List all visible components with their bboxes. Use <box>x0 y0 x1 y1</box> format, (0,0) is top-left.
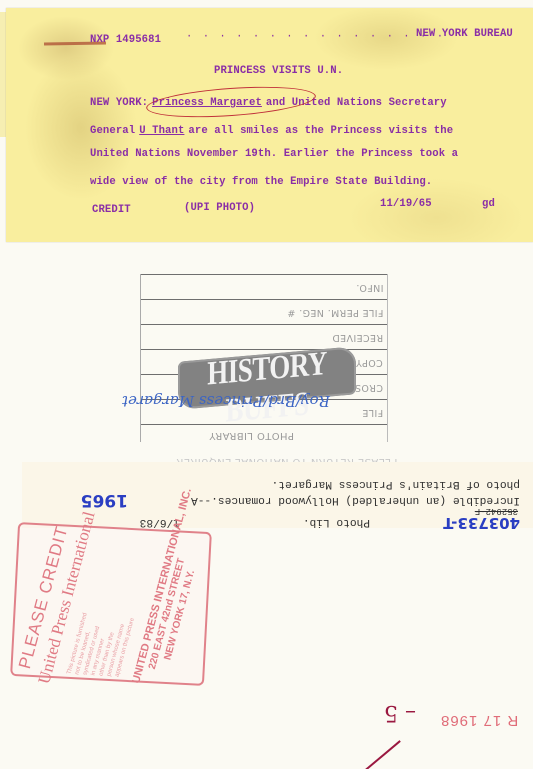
library-line-2: Incredible (an unheralded) Hollywood rom… <box>191 494 520 506</box>
caption-text: are all smiles as the Princess visits th… <box>188 125 453 137</box>
dateline: NEW YORK: <box>90 97 148 109</box>
credit-label: CREDIT <box>92 204 131 216</box>
handwritten-file-note: Roy/Brd/Princess Margaret <box>122 392 330 410</box>
form-field-file: FILE <box>362 407 383 418</box>
new-catalog-number: 403733-T <box>443 514 520 532</box>
form-field-received: RECEIVED <box>332 332 383 343</box>
form-rule <box>141 324 387 325</box>
headline: PRINCESS VISITS U.N. <box>214 65 343 77</box>
caption-sheet: NXP 1495681 · · · · · · · · · · · · · · … <box>6 8 533 242</box>
serial-number: NXP 1495681 <box>90 34 161 46</box>
upi-credit-stamp: PLEASE CREDIT United Press International… <box>10 522 212 686</box>
received-date-stamp: R 17 1968 <box>440 712 518 729</box>
subject-name-u-thant: U Thant <box>139 125 184 137</box>
bureau-label: NEW YORK BUREAU <box>416 28 513 40</box>
pen-stroke <box>361 740 400 769</box>
form-rule <box>141 274 387 275</box>
old-catalog-number: 352942-F <box>475 506 518 516</box>
year-marker: 1965 <box>81 490 128 510</box>
dot-leader: · · · · · · · · · · · · · · · · <box>186 31 445 43</box>
history-buffs-watermark-text: HISTORY BUFFS <box>178 341 356 434</box>
caption-line-2: General U Thant are all smiles as the Pr… <box>90 120 453 138</box>
library-line-1: photo of Britain's Princess Margaret. <box>272 478 520 490</box>
form-field-perm-neg: FILE PERM. NEG. # <box>287 307 383 318</box>
caption-line-3: United Nations November 19th. Earlier th… <box>90 148 458 160</box>
caption-date: 11/19/65 <box>380 198 432 210</box>
form-rule <box>141 299 387 300</box>
form-title-photo-library: PHOTO LIBRARY <box>209 430 294 441</box>
library-source: Photo Lib. <box>303 516 370 528</box>
library-caption-text: 403733-T 352942-F Photo Lib. 1/6/83 Incr… <box>40 472 520 530</box>
caption-text: General <box>90 125 135 137</box>
operator-initials: gd <box>482 198 495 210</box>
credit-value: (UPI PHOTO) <box>184 202 255 214</box>
form-field-info: INFO. <box>356 282 384 293</box>
red-circle-annotation <box>145 82 317 122</box>
pen-mark: – 5 <box>384 700 416 725</box>
caption-line-4: wide view of the city from the Empire St… <box>90 176 432 188</box>
